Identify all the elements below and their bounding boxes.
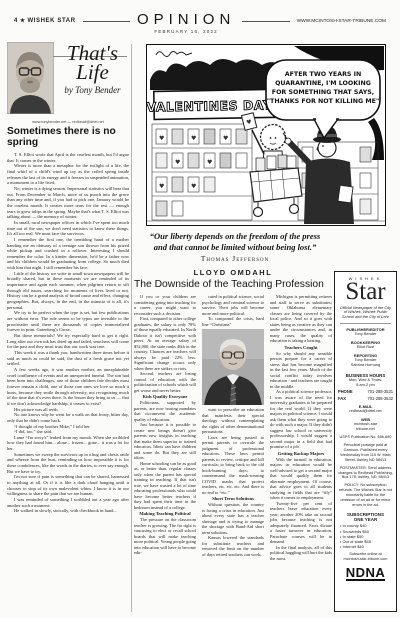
body-paragraph: In the final analysis, all of this polit…: [270, 545, 332, 562]
column-title-line2: Life: [56, 63, 129, 82]
divider: [340, 323, 391, 324]
tony-bender-photo: [7, 42, 54, 114]
quote-line-2: and that cannot be limited without being…: [137, 242, 333, 253]
website-url: WWW.MCINTOSH-STAR-TRIBUNE.COM: [297, 19, 386, 24]
body-paragraph: With the turmoil in education, majors in…: [270, 457, 332, 501]
body-paragraph: But those memorials? We try especially h…: [7, 333, 129, 350]
phone-label: PHONE: [338, 389, 353, 394]
subscriptions-title-line2: ONE YEAR: [338, 517, 393, 522]
policy-notice: POLICY: No subscription refunds. The Wis…: [338, 483, 393, 508]
jefferson-quote: “Our liberty depends on the freedom of t…: [137, 231, 333, 263]
subhead-short-term-solutions: Short Term Solutions: [202, 496, 264, 501]
subscribe-online-line2: mcintosh-star-tribune.com: [338, 557, 393, 562]
body-paragraph: As a political science professor, I was …: [270, 389, 332, 450]
subscription-rate: • Internet $40: [340, 544, 393, 549]
svg-text:♥: ♥: [159, 183, 164, 190]
omdahl-byline: LLOYD OMDAHL: [134, 268, 332, 277]
reporter-name: Sabrina Hornung: [338, 363, 393, 368]
quote-line-1: “Our liberty depends on the freedom of t…: [137, 231, 333, 242]
phone-number: 701-288-3531: [368, 389, 394, 394]
author-contact-line: www.tonybender.net — redhead@drtel.net: [7, 120, 129, 124]
svg-text:♥: ♥: [191, 183, 196, 190]
body-paragraph: I remember the first one, the trembling …: [7, 237, 129, 271]
web-address-line2: tribune.net: [338, 427, 393, 432]
subscription-rates-list: • In county $40 • Snowbirds $50 • In sta…: [338, 523, 393, 549]
svg-text:♥: ♥: [207, 159, 212, 166]
masthead-star-logo: Star: [338, 281, 393, 304]
body-paragraph: I was reminded of something I scribbled …: [7, 497, 129, 508]
body-paragraph: Just because it is possible to create ne…: [134, 422, 196, 461]
body-paragraph: cated in political science, social psych…: [202, 294, 264, 316]
omdahl-col-1: If you or your children are considering …: [134, 294, 196, 561]
body-paragraph: No, winter is a dying season. Impersonal…: [7, 186, 129, 220]
body-paragraph: Sometimes we sweep the survivors up in a…: [7, 452, 129, 475]
section-header: OPINION FEBRUARY 16, 2022: [137, 11, 235, 34]
body-paragraph: Politicians, supported by parents, are n…: [134, 400, 196, 422]
column-byline: by Tony Bender: [56, 85, 129, 95]
header-rule-right: [242, 21, 289, 22]
body-paragraph: Kansas lowered the standards for substit…: [202, 535, 264, 557]
star-icon: ★: [20, 18, 26, 24]
postage-notice: Periodical postage paid at Garrison. Pub…: [338, 443, 393, 463]
subhead-getting-backup-majors: Getting Backup Majors: [270, 451, 332, 456]
svg-text:♥: ♥: [191, 135, 196, 142]
fax-label: FAX: [338, 396, 346, 401]
body-paragraph: Second, teachers are losing control of e…: [134, 371, 196, 393]
header-rule-left: [83, 21, 130, 22]
svg-text:♥: ♥: [159, 135, 164, 142]
speech-line-4: "THANKS FOR NOT KILLING ME": [267, 98, 379, 105]
subhead-teachers-caught: Teachers Caught: [270, 345, 332, 350]
business-hours-time: 8 am-2 pm: [338, 383, 393, 388]
body-paragraph: Lame “I'm sorry's” leaked from my mouth.…: [7, 435, 129, 452]
body-paragraph: In small, rural newspaper offices in whi…: [7, 220, 129, 237]
body-paragraph: Laws are being passed to permit parents …: [202, 435, 264, 496]
column-divider: [131, 44, 132, 612]
page-label: 4★WISHEK STAR: [14, 18, 76, 24]
thats-life-header: That's Life by Tony Bender: [7, 40, 129, 119]
usps-number: USPS Publication No. 686-680: [338, 435, 393, 440]
body-paragraph: Winter is more than a metaphor for the t…: [7, 163, 129, 186]
svg-text:♥: ♥: [175, 159, 180, 166]
publisher-name: Tony Bender: [338, 332, 393, 337]
page-header: 4★WISHEK STAR OPINION FEBRUARY 16, 2022 …: [0, 11, 400, 34]
section-title: OPINION: [137, 11, 235, 28]
body-paragraph: Little of the history we write in small-…: [7, 271, 129, 311]
subhead-kids-qualify: Kids Qualify Everyone: [134, 394, 196, 399]
body-paragraph: To compound the crisis, hard line “Chris…: [202, 316, 264, 327]
omdahl-col-3: Michigan is permitting retirees and staf…: [270, 294, 332, 561]
body-paragraph: I'm not sure if pain is something that c…: [7, 474, 129, 497]
issue-date: FEBRUARY 16, 2022: [137, 29, 235, 34]
omdahl-column: LLOYD OMDAHL The Downside of the Teachin…: [134, 268, 332, 614]
phone-row: PHONE 701-288-3531: [338, 389, 393, 394]
speech-line-3: FOR SOMETHING THAT SAYS,: [272, 89, 374, 96]
svg-text:♥: ♥: [223, 135, 228, 142]
body-paragraph: We try to be perfect when the type is se…: [7, 310, 129, 333]
omdahl-col-2: cated in political science, social psych…: [202, 294, 264, 561]
email-address: redhead@drtel.net: [338, 409, 393, 414]
newspaper-page: 4★WISHEK STAR OPINION FEBRUARY 16, 2022 …: [0, 0, 400, 618]
body-paragraph: So why should any sensible person prepar…: [270, 351, 332, 390]
fax-row: FAX 701-288-3532: [338, 396, 393, 401]
body-paragraph: If you or your children are considering …: [134, 294, 196, 316]
subhead-making-teaching-political: Making Teaching Political: [134, 511, 196, 516]
ndna-logo: NDNA: [346, 566, 386, 581]
body-paragraph: Home schooling can be as good as, or bet…: [134, 461, 196, 511]
thats-life-body: T. S. Elliot wrote that April is the cru…: [7, 152, 129, 514]
thats-life-column: That's Life by Tony Bender www.tonybende…: [7, 40, 129, 614]
speech-line-1: AFTER TWO YEARS IN: [285, 71, 362, 78]
lloyd-omdahl-photo: [202, 329, 264, 405]
speech-line-2: QUARANTINE, I'M LOOKING: [275, 80, 371, 87]
editorial-cartoon: VALENTINES DAY CARDS ♥♥♥ ♥♥♥♥: [146, 44, 386, 226]
omdahl-headline: The Downside of the Teaching Profession: [134, 279, 332, 290]
quote-attribution: Thomas Jefferson: [137, 254, 333, 263]
body-paragraph: want to prescribe an education that mani…: [202, 407, 264, 435]
masthead-box: WISHEK Star Official Newspaper of the Ci…: [334, 271, 397, 612]
body-paragraph: T. S. Elliot wrote that April is the cru…: [7, 152, 129, 163]
official-newspaper-text: Official Newspaper of the City of Wishek…: [338, 306, 393, 321]
body-paragraph: This week it was a thank you, handwritte…: [7, 350, 129, 367]
postmaster-notice: POSTMASTER: Send address changes to Redh…: [338, 466, 393, 481]
body-paragraph: A few weeks ago, it was another mother, …: [7, 367, 129, 407]
body-paragraph: Twenty-five per cent of teachers leave e…: [270, 501, 332, 545]
thats-life-title: That's Life by Tony Bender: [56, 44, 129, 95]
page-number: 4: [14, 18, 18, 24]
bookkeeping-name: Elliot Rust: [338, 345, 393, 350]
body-paragraph: First, compared to other college graduat…: [134, 316, 196, 371]
body-paragraph: No one knows why he went for a walk on t…: [7, 412, 129, 423]
paper-name-small: WISHEK STAR: [27, 18, 75, 24]
body-paragraph: Without question, the country is facing …: [202, 502, 264, 535]
thats-life-headline: Sometimes there is no spring: [7, 126, 129, 148]
body-paragraph: The pressure on the classroom teacher is…: [134, 517, 196, 556]
body-paragraph: He walked in slowly, stoically, with che…: [7, 508, 129, 514]
fax-number: 701-288-3532: [368, 396, 394, 401]
omdahl-body: If you or your children are considering …: [134, 294, 332, 561]
body-paragraph: Michigan is permitting retirees and staf…: [270, 294, 332, 344]
